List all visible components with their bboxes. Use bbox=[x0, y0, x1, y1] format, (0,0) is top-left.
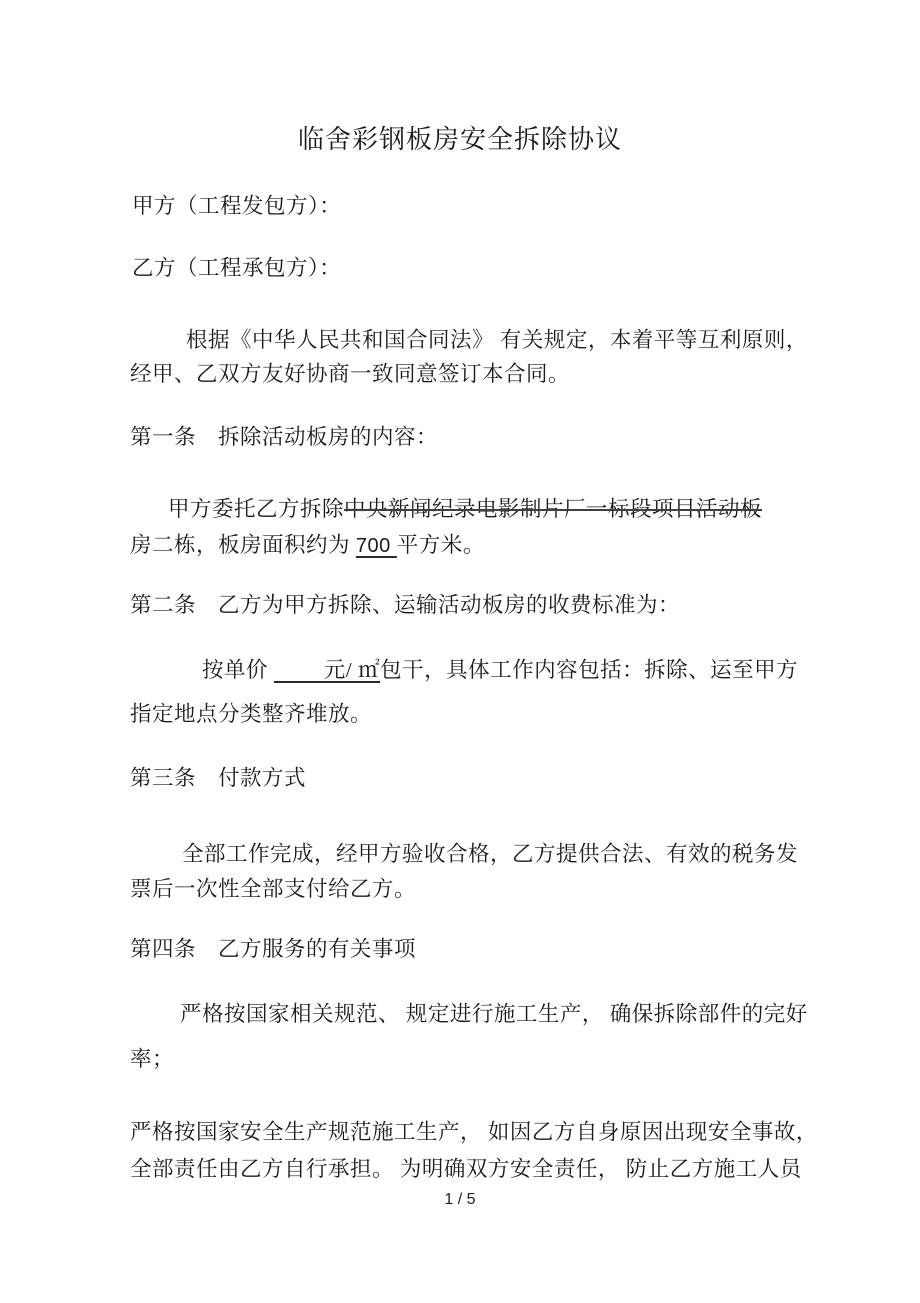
page-number: 1 / 5 bbox=[0, 1191, 920, 1209]
document-title: 临舍彩钢板房安全拆除协议 bbox=[0, 119, 920, 156]
line-article4-body-1: 严格按国家相关规范、 规定进行施工生产， 确保拆除部件的完好 bbox=[180, 1001, 808, 1028]
document-page: 临舍彩钢板房安全拆除协议 甲方（工程发包方）： 乙方（工程承包方）： 根据《中华… bbox=[0, 0, 920, 1303]
text-segment: 第二条 乙方为甲方拆除、运输活动板房的收费标准为： bbox=[130, 593, 680, 617]
heading-article-2: 第二条 乙方为甲方拆除、运输活动板房的收费标准为： bbox=[130, 592, 680, 619]
underlined-value-area: 700 bbox=[356, 535, 397, 557]
text-segment: 第四条 乙方服务的有关事项 bbox=[130, 937, 416, 961]
text-segment: 甲方（工程发包方）： bbox=[132, 194, 341, 218]
text-segment: 平方米。 bbox=[397, 533, 485, 557]
text-segment: 房二栋，板房面积约为 bbox=[130, 533, 356, 557]
line-article4-body-3: 严格按国家安全生产规范施工生产， 如因乙方自身原因出现安全事故， bbox=[130, 1119, 818, 1146]
text-segment: 全部工作完成，经甲方验收合格，乙方提供合法、有效的税务发 bbox=[182, 842, 798, 866]
text-segment: 包干，具体工作内容包括：拆除、运至甲方 bbox=[380, 658, 798, 682]
text-segment: 按单价 bbox=[202, 658, 274, 682]
line-article3-body-2: 票后一次性全部支付给乙方。 bbox=[130, 876, 416, 903]
text-segment: 全部责任由乙方自行承担。 为明确双方安全责任， 防止乙方施工人员 bbox=[130, 1157, 802, 1181]
text-segment: 票后一次性全部支付给乙方。 bbox=[130, 877, 416, 901]
underlined-blank-area: 元/ ㎡ bbox=[274, 658, 380, 682]
heading-article-3: 第三条 付款方式 bbox=[130, 765, 306, 792]
line-article1-body-2: 房二栋，板房面积约为 700 平方米。 bbox=[130, 532, 485, 559]
line-article1-body-1: 甲方委托乙方拆除中央新闻纪录电影制片厂一标段项目活动板 bbox=[168, 496, 762, 523]
text-segment: 指定地点分类整齐堆放。 bbox=[130, 702, 372, 726]
text-segment: 严格按国家相关规范、 规定进行施工生产， 确保拆除部件的完好 bbox=[180, 1002, 808, 1026]
text-segment: 甲方委托乙方拆除 bbox=[168, 497, 344, 521]
line-article2-body-1: 按单价 元/ ㎡包干，具体工作内容包括：拆除、运至甲方 bbox=[202, 657, 798, 684]
line-article3-body-1: 全部工作完成，经甲方验收合格，乙方提供合法、有效的税务发 bbox=[182, 841, 798, 868]
text-segment: 经甲、乙双方友好协商一致同意签订本合同。 bbox=[130, 362, 570, 386]
line-article2-body-2: 指定地点分类整齐堆放。 bbox=[130, 701, 372, 728]
line-preamble-1: 根据《中华人民共和国合同法》 有关规定，本着平等互利原则， bbox=[186, 327, 808, 354]
heading-article-1: 第一条 拆除活动板房的内容： bbox=[130, 424, 438, 451]
line-article4-body-2: 率； bbox=[130, 1046, 174, 1073]
line-preamble-2: 经甲、乙双方友好协商一致同意签订本合同。 bbox=[130, 361, 570, 388]
text-segment: 第三条 付款方式 bbox=[130, 766, 306, 790]
line-article4-body-4: 全部责任由乙方自行承担。 为明确双方安全责任， 防止乙方施工人员 bbox=[130, 1156, 802, 1183]
text-segment: 第一条 拆除活动板房的内容： bbox=[130, 425, 438, 449]
text-segment: 根据《中华人民共和国合同法》 有关规定，本着平等互利原则， bbox=[186, 328, 808, 352]
heading-article-4: 第四条 乙方服务的有关事项 bbox=[130, 936, 416, 963]
text-segment: 严格按国家安全生产规范施工生产， 如因乙方自身原因出现安全事故， bbox=[130, 1120, 818, 1144]
text-segment: 乙方（工程承包方）： bbox=[132, 256, 341, 280]
line-party-a: 甲方（工程发包方）： bbox=[132, 193, 341, 220]
line-party-b: 乙方（工程承包方）： bbox=[132, 255, 341, 282]
text-segment: 率； bbox=[130, 1047, 174, 1071]
struck-text-segment: 中央新闻纪录电影制片厂一标段项目活动板 bbox=[344, 497, 762, 521]
